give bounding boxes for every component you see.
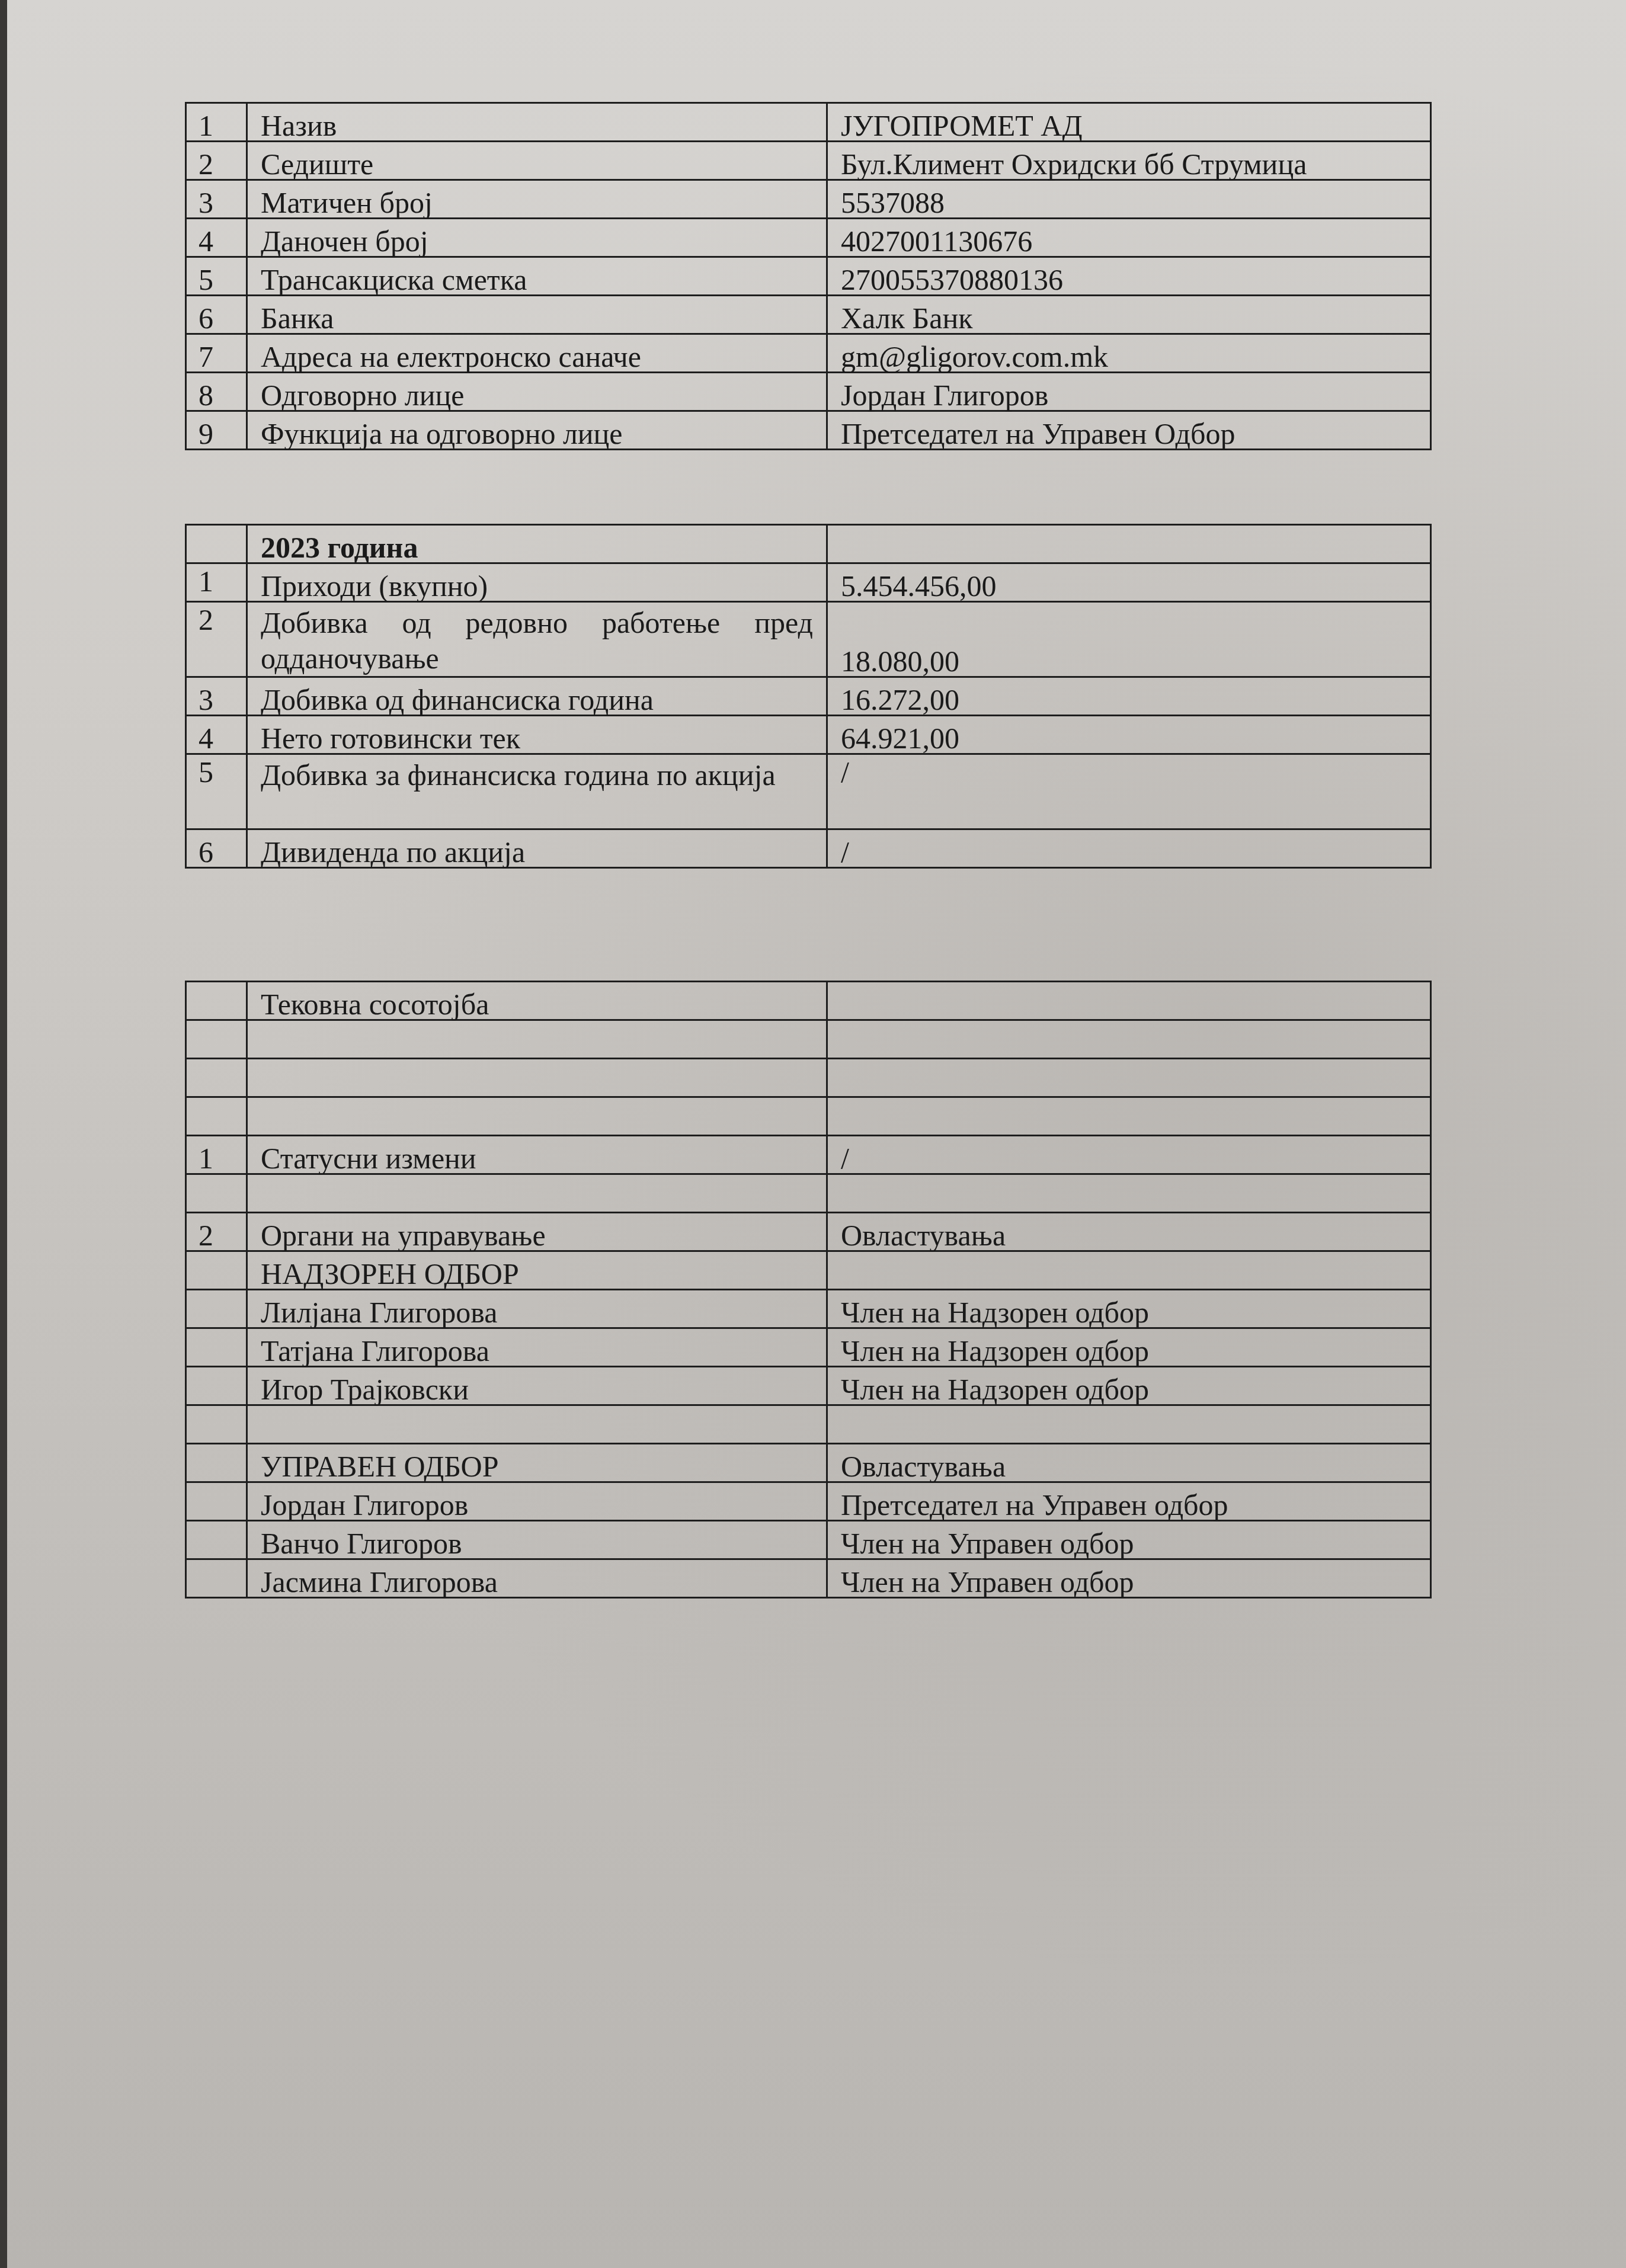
empty-cell: [186, 1328, 247, 1367]
empty-cell: [186, 1059, 247, 1097]
member-role: Член на Управен одбор: [827, 1521, 1431, 1559]
row-number: 3: [186, 180, 247, 219]
empty-row: [186, 1405, 1431, 1444]
row-number: 1: [186, 1136, 247, 1174]
member-name: Јасмина Глигорова: [247, 1559, 827, 1598]
member-row: Ванчо Глигоров Член на Управен одбор: [186, 1521, 1431, 1559]
empty-cell: [247, 1059, 827, 1097]
row-number: 7: [186, 334, 247, 373]
field-label: Седиште: [247, 142, 827, 180]
table-row: 7 Адреса на електронско саначе gm@gligor…: [186, 334, 1431, 373]
field-label: Статусни измени: [247, 1136, 827, 1174]
empty-cell: [186, 1020, 247, 1059]
empty-cell: [186, 1405, 247, 1444]
row-number: 6: [186, 296, 247, 334]
table-row: 6 Банка Халк Банк: [186, 296, 1431, 334]
pretax-profit-value: 18.080,00: [827, 602, 1431, 677]
net-profit-value: 16.272,00: [827, 677, 1431, 716]
field-label: Добивка од финансиска година: [247, 677, 827, 716]
registration-number-value: 5537088: [827, 180, 1431, 219]
empty-cell: [827, 982, 1431, 1020]
table-row: 3 Матичен број 5537088: [186, 180, 1431, 219]
field-label: Назив: [247, 103, 827, 142]
table-header-row: 2023 година: [186, 525, 1431, 563]
field-label: Добивка од редовно работење пред одданоч…: [247, 602, 827, 677]
table-row: 2 Седиште Бул.Климент Охридски бб Струми…: [186, 142, 1431, 180]
field-label: Функција на одговорно лице: [247, 411, 827, 450]
board-title-row: НАДЗОРЕН ОДБОР: [186, 1251, 1431, 1290]
field-label: Трансакциска сметка: [247, 257, 827, 296]
row-number: [186, 525, 247, 563]
member-name: Игор Трајковски: [247, 1367, 827, 1405]
table-row: 8 Одговорно лице Јордан Глигоров: [186, 373, 1431, 411]
empty-row: [186, 1097, 1431, 1136]
row-number: 2: [186, 142, 247, 180]
field-label: Банка: [247, 296, 827, 334]
email-value: gm@gligorov.com.mk: [827, 334, 1431, 373]
table-row: 3 Добивка од финансиска година 16.272,00: [186, 677, 1431, 716]
row-number: 4: [186, 716, 247, 754]
member-row: Јасмина Глигорова Член на Управен одбор: [186, 1559, 1431, 1598]
empty-cell: [827, 1059, 1431, 1097]
table-row: 9 Функција на одговорно лице Претседател…: [186, 411, 1431, 450]
field-label: Одговорно лице: [247, 373, 827, 411]
status-changes-value: /: [827, 1136, 1431, 1174]
empty-row: [186, 1020, 1431, 1059]
empty-cell: [827, 1097, 1431, 1136]
empty-row: [186, 1059, 1431, 1097]
row-number: 5: [186, 754, 247, 829]
financials-table: 2023 година 1 Приходи (вкупно) 5.454.456…: [185, 524, 1432, 869]
row-number: 4: [186, 219, 247, 257]
row-number: 6: [186, 829, 247, 868]
authority-header: Овластувања: [827, 1213, 1431, 1251]
table-row: 4 Даночен број 4027001130676: [186, 219, 1431, 257]
company-info-table: 1 Назив ЈУГОПРОМЕТ АД 2 Седиште Бул.Клим…: [185, 102, 1432, 450]
member-row: Лилјана Глигорова Член на Надзорен одбор: [186, 1290, 1431, 1328]
current-status-table: Тековна сосотојба 1 Статусни измени: [185, 981, 1432, 1599]
table-header-row: Тековна сосотојба: [186, 982, 1431, 1020]
field-label: Нето готовински тек: [247, 716, 827, 754]
empty-cell: [186, 1174, 247, 1213]
empty-cell: [186, 1482, 247, 1521]
empty-cell: [827, 525, 1431, 563]
bank-account-value: 270055370880136: [827, 257, 1431, 296]
table-row: 4 Нето готовински тек 64.921,00: [186, 716, 1431, 754]
row-number: [186, 982, 247, 1020]
member-role: Член на Надзорен одбор: [827, 1290, 1431, 1328]
empty-cell: [827, 1251, 1431, 1290]
empty-cell: [247, 1020, 827, 1059]
row-number: 3: [186, 677, 247, 716]
empty-cell: [827, 1174, 1431, 1213]
table-row: 2 Добивка од редовно работење пред оддан…: [186, 602, 1431, 677]
table-row: 5 Добивка за финансиска година по акција…: [186, 754, 1431, 829]
empty-cell: [247, 1405, 827, 1444]
table-row: 1 Приходи (вкупно) 5.454.456,00: [186, 563, 1431, 602]
member-row: Игор Трајковски Член на Надзорен одбор: [186, 1367, 1431, 1405]
row-number: 9: [186, 411, 247, 450]
table-row: 6 Дивиденда по акција /: [186, 829, 1431, 868]
field-label: Адреса на електронско саначе: [247, 334, 827, 373]
empty-cell: [827, 1405, 1431, 1444]
board-title-row: УПРАВЕН ОДБОР Овластувања: [186, 1444, 1431, 1482]
supervisory-board-title: НАДЗОРЕН ОДБОР: [247, 1251, 827, 1290]
field-label: Органи на управување: [247, 1213, 827, 1251]
net-cash-flow-value: 64.921,00: [827, 716, 1431, 754]
row-number: 2: [186, 602, 247, 677]
empty-cell: [186, 1290, 247, 1328]
empty-row: [186, 1174, 1431, 1213]
row-number: 1: [186, 103, 247, 142]
row-number: 2: [186, 1213, 247, 1251]
field-label: Даночен број: [247, 219, 827, 257]
eps-value: /: [827, 754, 1431, 829]
member-name: Татјана Глигорова: [247, 1328, 827, 1367]
empty-cell: [247, 1097, 827, 1136]
responsible-person-value: Јордан Глигоров: [827, 373, 1431, 411]
member-role: Член на Надзорен одбор: [827, 1367, 1431, 1405]
authority-header: Овластувања: [827, 1444, 1431, 1482]
empty-cell: [247, 1174, 827, 1213]
paper-sheet: 1 Назив ЈУГОПРОМЕТ АД 2 Седиште Бул.Клим…: [7, 0, 1626, 2268]
year-header: 2023 година: [247, 525, 827, 563]
member-role: Член на Управен одбор: [827, 1559, 1431, 1598]
empty-cell: [186, 1097, 247, 1136]
member-role: Член на Надзорен одбор: [827, 1328, 1431, 1367]
field-label: Матичен број: [247, 180, 827, 219]
row-number: 1: [186, 563, 247, 602]
tax-number-value: 4027001130676: [827, 219, 1431, 257]
row-number: 8: [186, 373, 247, 411]
field-label: Добивка за финансиска година по акција: [247, 754, 827, 829]
company-name-value: ЈУГОПРОМЕТ АД: [827, 103, 1431, 142]
section-header: Тековна сосотојба: [247, 982, 827, 1020]
field-label: Дивиденда по акција: [247, 829, 827, 868]
member-name: Јордан Глигоров: [247, 1482, 827, 1521]
empty-cell: [186, 1444, 247, 1482]
member-name: Лилјана Глигорова: [247, 1290, 827, 1328]
member-row: Татјана Глигорова Член на Надзорен одбор: [186, 1328, 1431, 1367]
address-value: Бул.Климент Охридски бб Струмица: [827, 142, 1431, 180]
table-row: 2 Органи на управување Овластувања: [186, 1213, 1431, 1251]
bank-value: Халк Банк: [827, 296, 1431, 334]
table-row: 1 Назив ЈУГОПРОМЕТ АД: [186, 103, 1431, 142]
responsible-person-role-value: Претседател на Управен Одбор: [827, 411, 1431, 450]
empty-cell: [186, 1251, 247, 1290]
empty-cell: [186, 1521, 247, 1559]
field-label: Приходи (вкупно): [247, 563, 827, 602]
member-role: Претседател на Управен одбор: [827, 1482, 1431, 1521]
table-row: 1 Статусни измени /: [186, 1136, 1431, 1174]
member-row: Јордан Глигоров Претседател на Управен о…: [186, 1482, 1431, 1521]
row-number: 5: [186, 257, 247, 296]
dividend-value: /: [827, 829, 1431, 868]
table-row: 5 Трансакциска сметка 270055370880136: [186, 257, 1431, 296]
revenue-value: 5.454.456,00: [827, 563, 1431, 602]
empty-cell: [186, 1559, 247, 1598]
management-board-title: УПРАВЕН ОДБОР: [247, 1444, 827, 1482]
member-name: Ванчо Глигоров: [247, 1521, 827, 1559]
empty-cell: [827, 1020, 1431, 1059]
empty-cell: [186, 1367, 247, 1405]
